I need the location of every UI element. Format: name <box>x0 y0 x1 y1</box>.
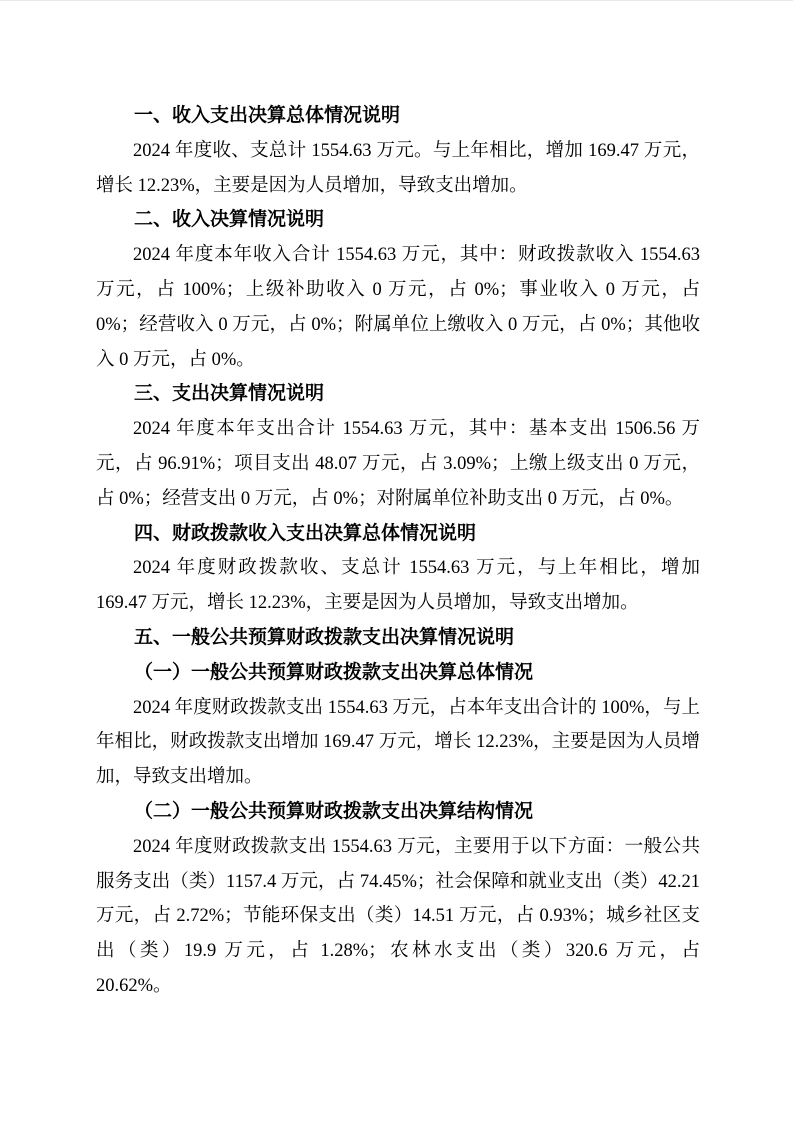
section-heading-5: 五、一般公共预算财政拨款支出决算情况说明 <box>96 621 700 656</box>
section-heading-3: 三、支出决算情况说明 <box>96 377 700 412</box>
document-page: 一、收入支出决算总体情况说明 2024 年度收、支总计 1554.63 万元。与… <box>0 0 793 1122</box>
section-paragraph: 2024 年度本年支出合计 1554.63 万元，其中：基本支出 1506.56… <box>96 412 700 516</box>
section-heading-1: 一、收入支出决算总体情况说明 <box>96 99 700 134</box>
section-paragraph: 2024 年度财政拨款支出 1554.63 万元，主要用于以下方面：一般公共服务… <box>96 830 700 1004</box>
section-income-final-accounts: 二、收入决算情况说明 2024 年度本年收入合计 1554.63 万元，其中：财… <box>96 203 700 377</box>
section-income-expenditure-overview: 一、收入支出决算总体情况说明 2024 年度收、支总计 1554.63 万元。与… <box>96 99 700 203</box>
section-paragraph: 2024 年度本年收入合计 1554.63 万元，其中：财政拨款收入 1554.… <box>96 238 700 377</box>
section-expenditure-final-accounts: 三、支出决算情况说明 2024 年度本年支出合计 1554.63 万元，其中：基… <box>96 377 700 516</box>
section-general-public-budget-expenditure: 五、一般公共预算财政拨款支出决算情况说明 （一）一般公共预算财政拨款支出决算总体… <box>96 621 700 1004</box>
section-paragraph: 2024 年度财政拨款收、支总计 1554.63 万元，与上年相比，增加 169… <box>96 551 700 621</box>
section-fiscal-appropriation-overview: 四、财政拨款收入支出决算总体情况说明 2024 年度财政拨款收、支总计 1554… <box>96 517 700 621</box>
subsection-heading-5-1: （一）一般公共预算财政拨款支出决算总体情况 <box>96 656 700 691</box>
section-paragraph: 2024 年度财政拨款支出 1554.63 万元，占本年支出合计的 100%，与… <box>96 691 700 795</box>
section-heading-4: 四、财政拨款收入支出决算总体情况说明 <box>96 517 700 552</box>
section-paragraph: 2024 年度收、支总计 1554.63 万元。与上年相比，增加 169.47 … <box>96 134 700 204</box>
subsection-heading-5-2: （二）一般公共预算财政拨款支出决算结构情况 <box>96 795 700 830</box>
section-heading-2: 二、收入决算情况说明 <box>96 203 700 238</box>
